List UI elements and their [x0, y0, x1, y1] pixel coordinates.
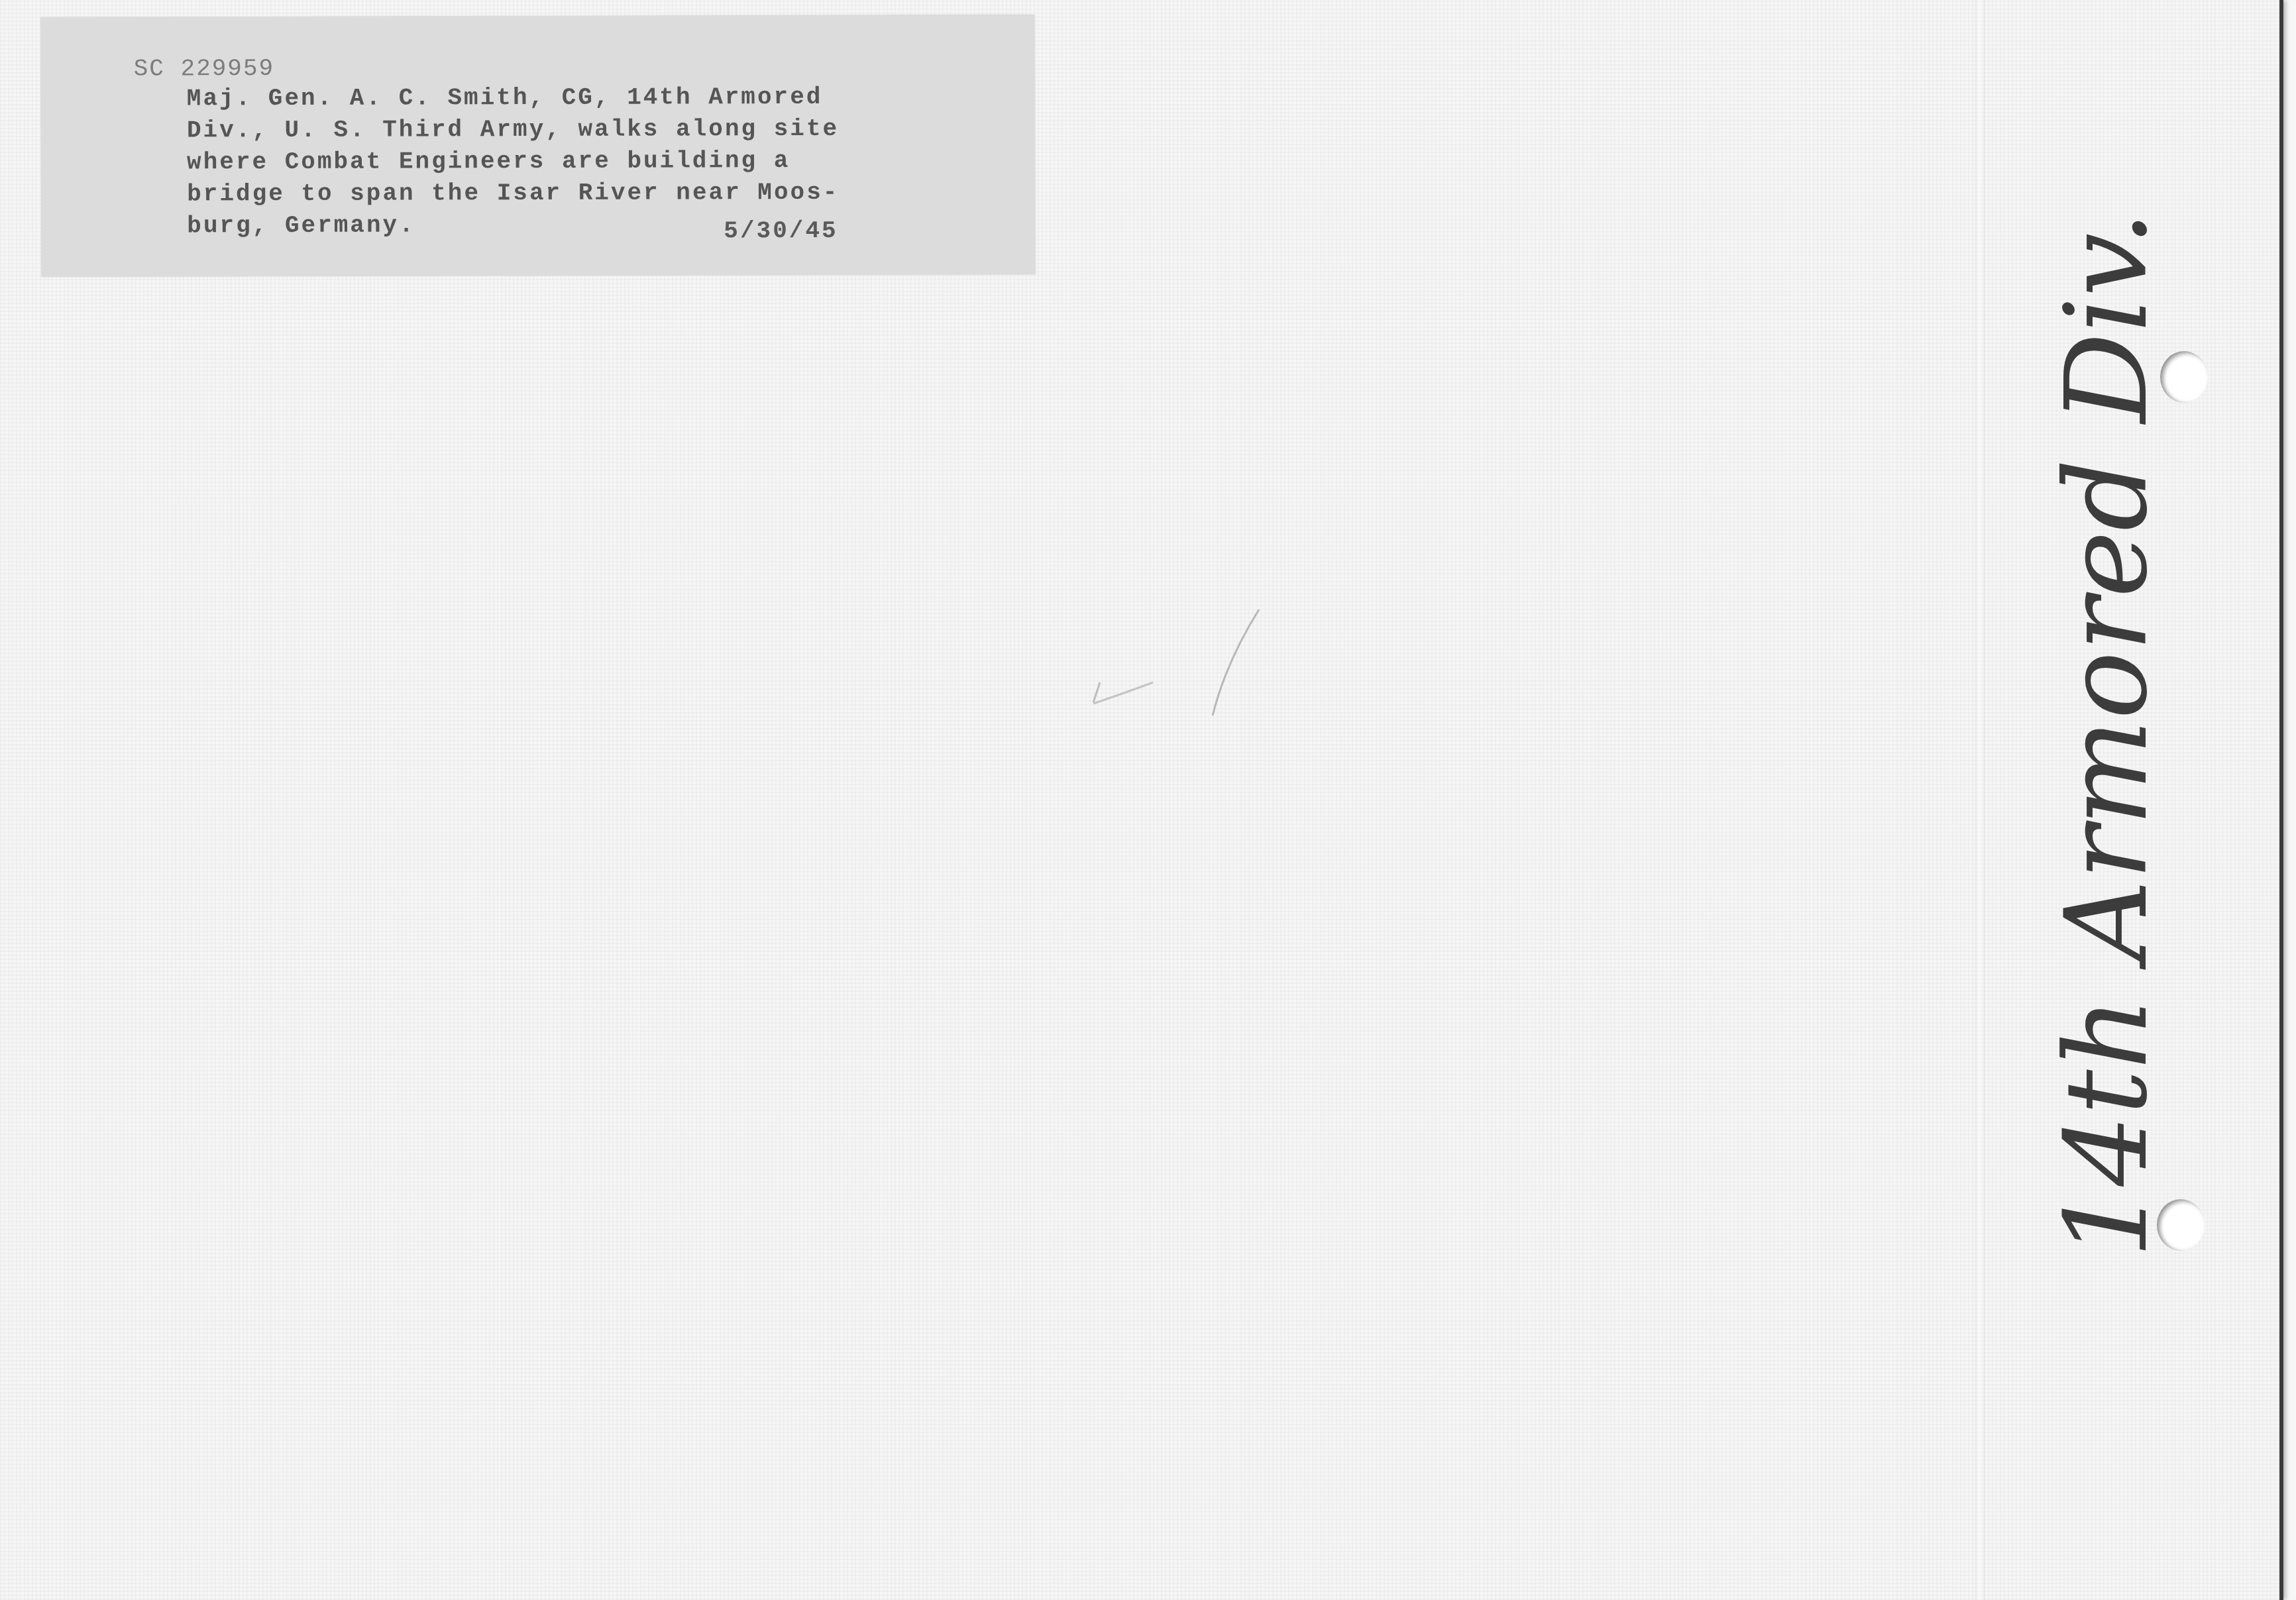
- punch-hole-top: [2160, 351, 2208, 403]
- handwritten-note: 14th Armored Div.: [2042, 331, 2173, 1258]
- pencil-check-mark-icon: [1073, 583, 1285, 729]
- caption-date: 5/30/45: [724, 217, 838, 244]
- caption-label: SC 229959 Maj. Gen. A. C. Smith, CG, 14t…: [40, 15, 1035, 277]
- punch-hole-bottom: [2157, 1199, 2205, 1251]
- serial-number: SC 229959: [134, 55, 275, 83]
- photo-mount-card: SC 229959 Maj. Gen. A. C. Smith, CG, 14t…: [0, 0, 2283, 1600]
- fold-line: [1975, 0, 1985, 1600]
